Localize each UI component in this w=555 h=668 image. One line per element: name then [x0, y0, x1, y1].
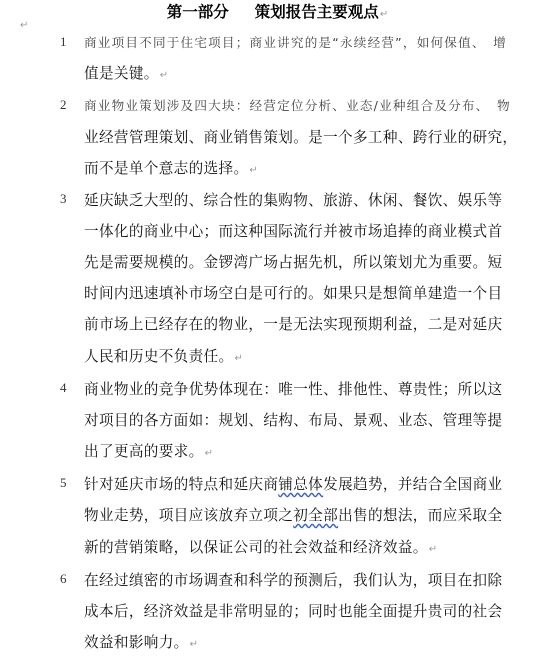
item-line: 业经营管理策划、商业销售策划。是一个多工种、跨行业的研究， [84, 126, 517, 147]
grammar-underline[interactable]: 初全部 [293, 507, 338, 524]
item-line: 前市场上已经存在的物业，一是无法实现预期利益，二是对延庆 [84, 313, 502, 334]
item-line: 商业物业策划涉及四大块：经营定位分析、业态/业种组合及分布、 物 [84, 95, 511, 114]
item-line: 先是需要规模的。金锣湾广场占据先机，所以策划尤为重要。短 [84, 251, 502, 272]
item-line: 新的营销策略，以保证公司的社会效益和经济效益。↵ [84, 536, 437, 557]
item-line: 而不是单个意志的选择。↵ [84, 157, 258, 178]
item-line: 成本后，经济效益是非常明显的；同时也能全面提升贵司的社会 [84, 600, 502, 621]
section-title: 第一部分策划报告主要观点↵ [0, 1, 555, 26]
paragraph-mark-icon: ↵ [429, 544, 438, 555]
paragraph-mark-icon: ↵ [160, 70, 169, 81]
paragraph-mark-icon: ↵ [380, 9, 388, 20]
paragraph-mark-icon: ↵ [205, 448, 214, 459]
item-line: 在经过缜密的市场调查和科学的预测后，我们认为，项目在扣除 [84, 569, 502, 590]
item-line: 针对延庆市场的特点和延庆商铺总体发展趋势，并结合全国商业 [84, 473, 502, 494]
item-number: 4 [60, 380, 67, 396]
paragraph-mark-icon: ↵ [20, 20, 28, 31]
item-line: 时间内迅速填补市场空白是可行的。如果只是想简单建造一个目 [84, 282, 502, 303]
item-line: 延庆缺乏大型的、综合性的集购物、旅游、休闲、餐饮、娱乐等 [84, 189, 502, 210]
title-heading: 策划报告主要观点 [255, 2, 379, 21]
item-line: 商业物业的竞争优势体现在：唯一性、排他性、尊贵性；所以这 [84, 378, 502, 399]
paragraph-mark-icon: ↵ [234, 353, 243, 364]
item-line: 对项目的各方面如：规划、结构、布局、景观、业态、管理等提 [84, 409, 502, 430]
item-line: 商业项目不同于住宅项目；商业讲究的是“永续经营”，如何保值、 增 [84, 32, 507, 51]
title-part-label: 第一部分 [167, 2, 229, 21]
item-number: 2 [60, 97, 67, 113]
item-line: 物业走势，项目应该放弃立项之初全部出售的想法，而应采取全 [84, 504, 502, 525]
item-number: 1 [60, 34, 67, 50]
item-line: 效益和影响力。↵ [84, 631, 198, 652]
item-number: 6 [60, 571, 67, 587]
item-line: 值是关键。↵ [84, 62, 168, 83]
item-number: 3 [60, 191, 67, 207]
item-number: 5 [60, 475, 67, 491]
paragraph-mark-icon: ↵ [249, 165, 258, 176]
paragraph-mark-icon: ↵ [190, 639, 199, 650]
item-line: 人民和历史不负责任。↵ [84, 345, 243, 366]
grammar-underline[interactable]: 铺总体 [278, 476, 323, 493]
item-line: 一体化的商业中心；而这种国际流行并被市场追捧的商业模式首 [84, 220, 502, 241]
item-line: 出了更高的要求。↵ [84, 440, 213, 461]
